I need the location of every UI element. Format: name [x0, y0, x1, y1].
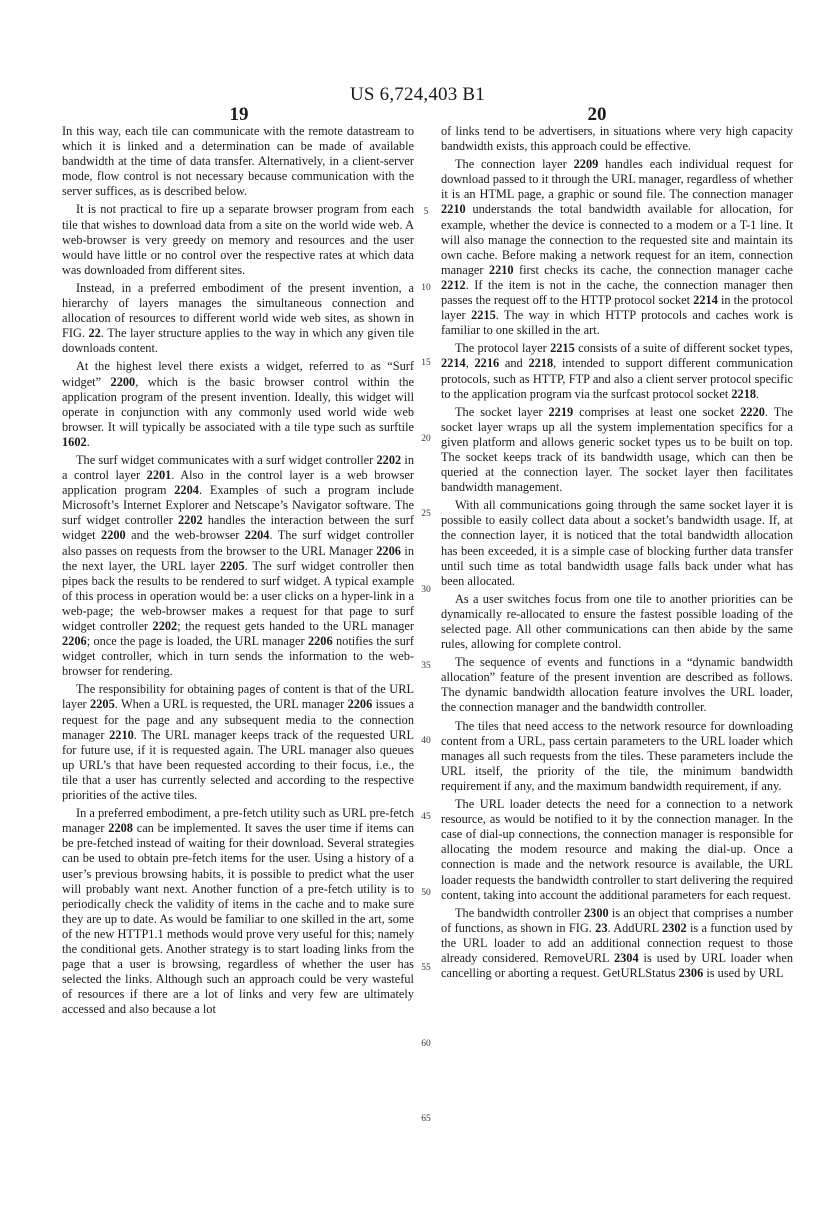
line-number: 60 [414, 1039, 438, 1049]
right-column-paragraph: With all communications going through th… [441, 498, 793, 589]
line-number: 10 [414, 283, 438, 293]
line-number: 20 [414, 434, 438, 444]
line-number: 45 [414, 812, 438, 822]
left-column-paragraph: In this way, each tile can communicate w… [62, 124, 414, 199]
line-number: 50 [414, 888, 438, 898]
line-number: 30 [414, 585, 438, 595]
right-text-column: of links tend to be advertisers, in situ… [441, 124, 793, 984]
right-column-paragraph: The socket layer 2219 comprises at least… [441, 405, 793, 496]
left-column-paragraph: It is not practical to fire up a separat… [62, 202, 414, 277]
right-column-paragraph: of links tend to be advertisers, in situ… [441, 124, 793, 154]
right-column-paragraph: The connection layer 2209 handles each i… [441, 157, 793, 338]
left-text-column: In this way, each tile can communicate w… [62, 124, 414, 1020]
right-column-paragraph: The tiles that need access to the networ… [441, 719, 793, 794]
left-column-paragraph: The surf widget communicates with a surf… [62, 453, 414, 679]
line-number: 55 [414, 963, 438, 973]
line-number-gutter: 5101520253035404550556065 [414, 124, 438, 1154]
line-number: 35 [414, 661, 438, 671]
left-column-number: 19 [209, 104, 269, 126]
line-number: 5 [414, 207, 438, 217]
right-column-paragraph: The bandwidth controller 2300 is an obje… [441, 906, 793, 981]
line-number: 25 [414, 509, 438, 519]
line-number: 40 [414, 736, 438, 746]
right-column-paragraph: The URL loader detects the need for a co… [441, 797, 793, 903]
left-column-paragraph: The responsibility for obtaining pages o… [62, 682, 414, 803]
patent-number: US 6,724,403 B1 [0, 84, 835, 106]
right-column-number: 20 [567, 104, 627, 126]
right-column-paragraph: The protocol layer 2215 consists of a su… [441, 341, 793, 401]
left-column-paragraph: Instead, in a preferred embodiment of th… [62, 281, 414, 356]
line-number: 65 [414, 1114, 438, 1124]
left-column-paragraph: In a preferred embodiment, a pre-fetch u… [62, 806, 414, 1017]
line-number: 15 [414, 358, 438, 368]
right-column-paragraph: As a user switches focus from one tile t… [441, 592, 793, 652]
right-column-paragraph: The sequence of events and functions in … [441, 655, 793, 715]
left-column-paragraph: At the highest level there exists a widg… [62, 359, 414, 450]
